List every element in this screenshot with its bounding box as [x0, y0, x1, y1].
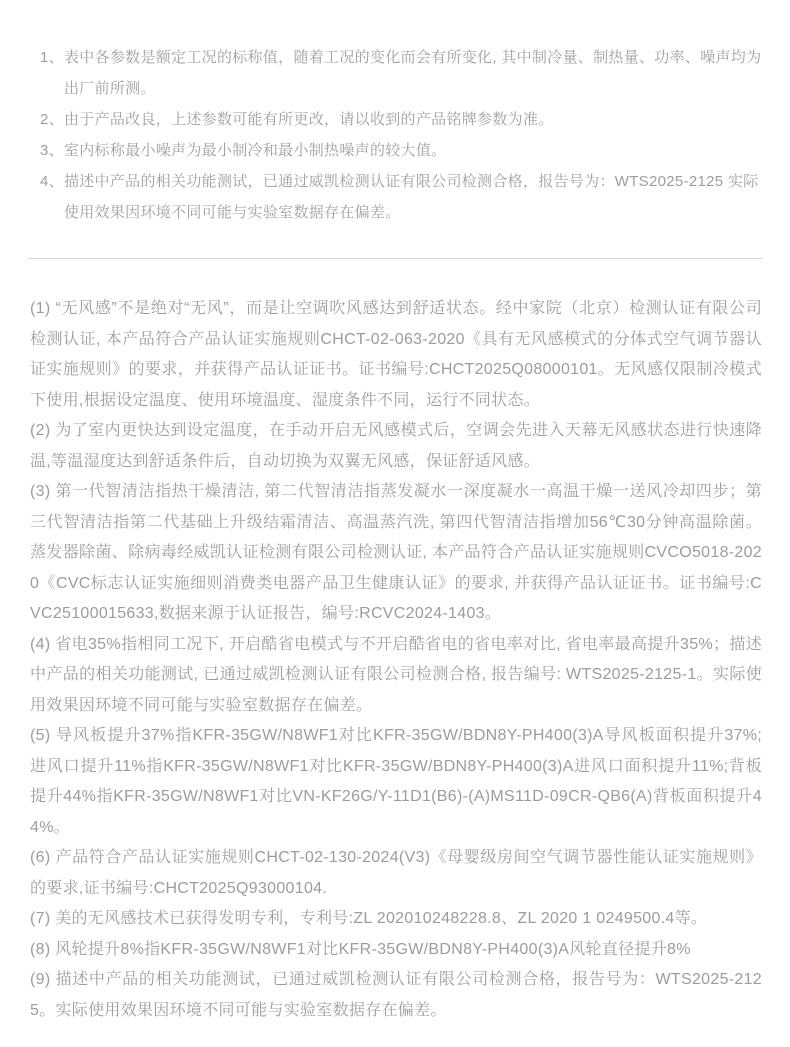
disclaimer-section: (1) “无风感”不是绝对“无风”，而是让空调吹风感达到舒适状态。经中家院（北京…	[0, 259, 790, 1026]
disclaimer-paragraph: (8) 风轮提升8%指KFR-35GW/N8WF1对比KFR-35GW/BDN8…	[30, 935, 762, 966]
note-item: 1、 表中各参数是额定工况的标称值，随着工况的变化而会有所变化, 其中制冷量、制…	[40, 42, 764, 104]
note-text: 由于产品改良，上述参数可能有所更改，请以收到的产品铭牌参数为准。	[64, 104, 764, 135]
note-item: 2、 由于产品改良，上述参数可能有所更改，请以收到的产品铭牌参数为准。	[40, 104, 764, 135]
product-notes-page: 1、 表中各参数是额定工况的标称值，随着工况的变化而会有所变化, 其中制冷量、制…	[0, 0, 790, 1047]
disclaimer-paragraph: (4) 省电35%指相同工况下, 开启酷省电模式与不开启酷省电的省电率对比, 省…	[30, 630, 762, 722]
disclaimer-paragraph: (3) 第一代智清洁指热干燥清洁, 第二代智清洁指蒸发凝水一深度凝水一高温干燥一…	[30, 477, 762, 630]
note-number: 3、	[40, 135, 64, 166]
note-number: 2、	[40, 104, 64, 135]
note-text: 表中各参数是额定工况的标称值，随着工况的变化而会有所变化, 其中制冷量、制热量、…	[64, 42, 764, 104]
disclaimer-paragraph: (5) 导风板提升37%指KFR-35GW/N8WF1对比KFR-35GW/BD…	[30, 721, 762, 843]
note-item: 4、 描述中产品的相关功能测试，已通过威凯检测认证有限公司检测合格，报告号为：W…	[40, 166, 764, 228]
disclaimer-paragraph: (7) 美的无风感技术已获得发明专利，专利号:ZL 202010248228.8…	[30, 904, 762, 935]
spec-notes-section: 1、 表中各参数是额定工况的标称值，随着工况的变化而会有所变化, 其中制冷量、制…	[0, 0, 790, 228]
disclaimer-paragraph: (2) 为了室内更快达到设定温度，在手动开启无风感模式后，空调会先进入天幕无风感…	[30, 416, 762, 477]
disclaimer-paragraph: (6) 产品符合产品认证实施规则CHCT-02-130-2024(V3)《母婴级…	[30, 843, 762, 904]
note-number: 4、	[40, 166, 64, 197]
note-item: 3、 室内标称最小噪声为最小制冷和最小制热噪声的较大值。	[40, 135, 764, 166]
note-text: 描述中产品的相关功能测试，已通过威凯检测认证有限公司检测合格，报告号为：WTS2…	[64, 166, 764, 228]
note-text: 室内标称最小噪声为最小制冷和最小制热噪声的较大值。	[64, 135, 764, 166]
disclaimer-paragraph: (1) “无风感”不是绝对“无风”，而是让空调吹风感达到舒适状态。经中家院（北京…	[30, 294, 762, 416]
note-number: 1、	[40, 42, 64, 73]
disclaimer-paragraph: (9) 描述中产品的相关功能测试，已通过威凯检测认证有限公司检测合格，报告号为：…	[30, 965, 762, 1026]
